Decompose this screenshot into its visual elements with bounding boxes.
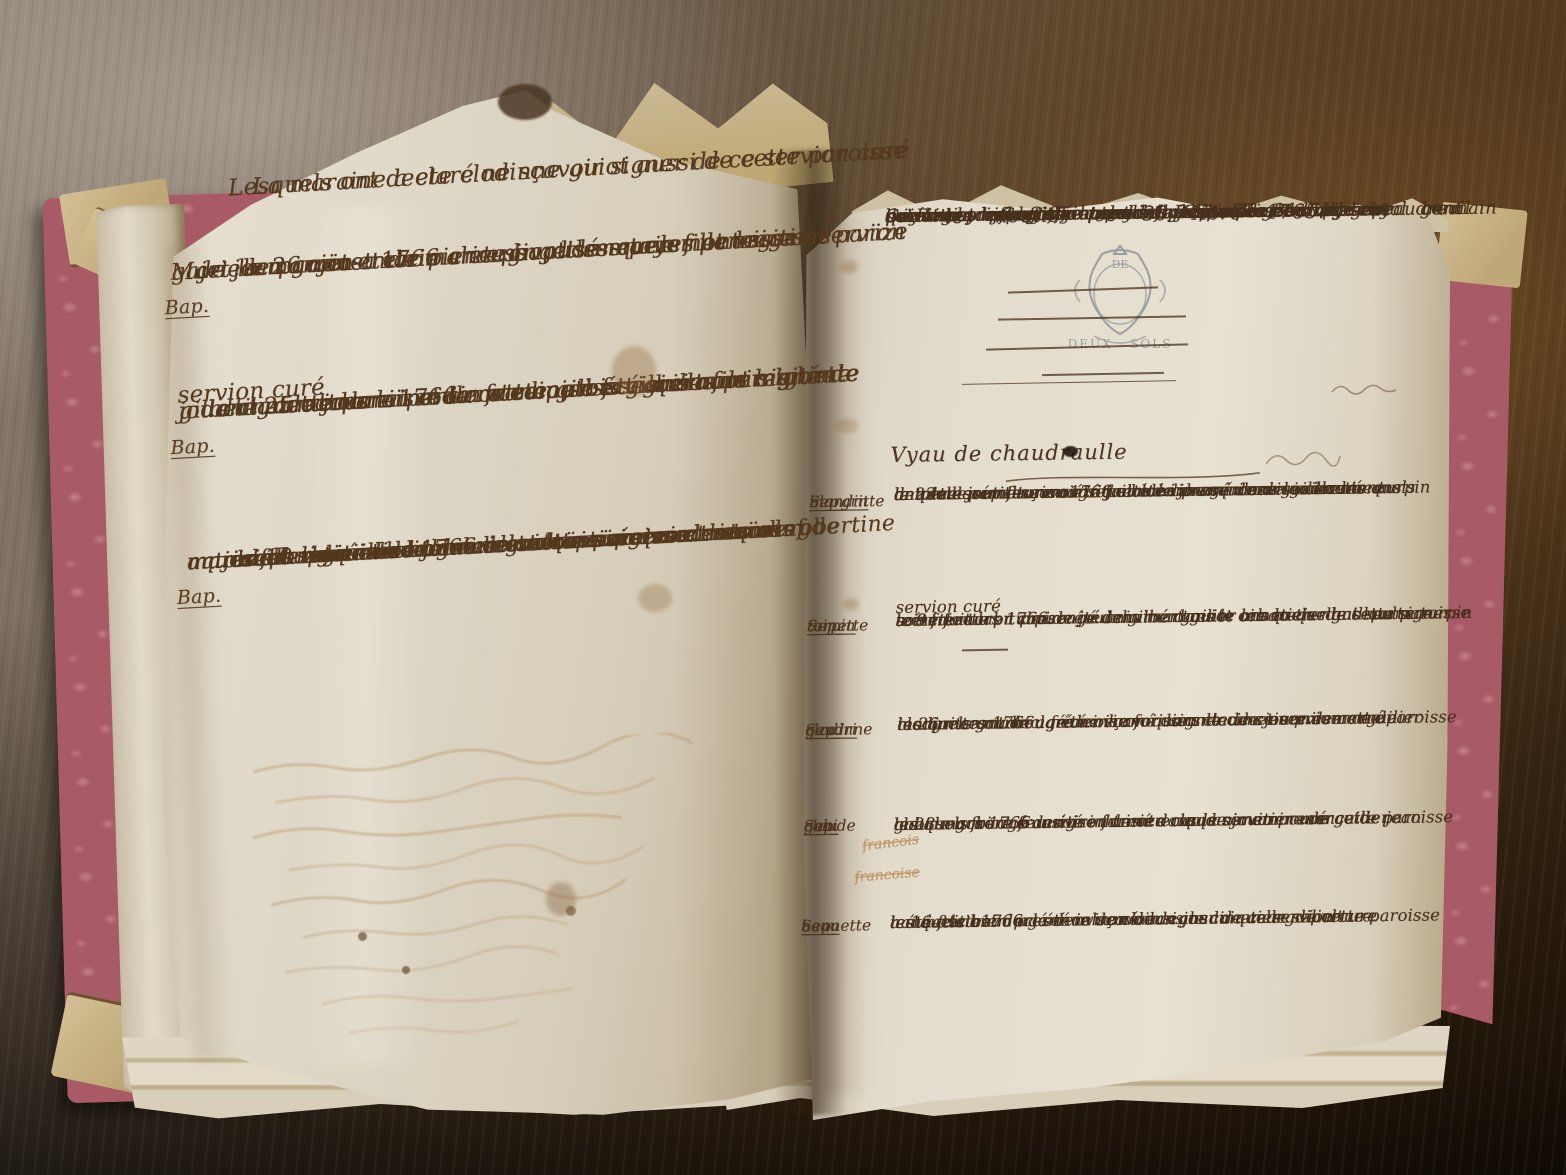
margin-name: gobi: [803, 814, 837, 839]
paper-stain: [612, 346, 656, 396]
margin-name: beau: [801, 914, 840, 940]
ink-spot: [566, 906, 576, 916]
margin-note-bap: Bap.: [170, 430, 216, 465]
margin-name: turpin: [807, 613, 856, 639]
margin-note-bap: Bap.: [164, 290, 210, 325]
ink-blot: [1063, 446, 1078, 457]
margin-name: blandin: [809, 489, 868, 515]
margin-note-bap: Bap.: [176, 580, 222, 615]
ink-spot: [358, 932, 367, 941]
ink-spot: [402, 966, 410, 974]
margin-name: gaudri: [805, 717, 857, 743]
register-photo: La maraine a ete clodinne guiot aussi de…: [0, 0, 1566, 1175]
handwriting-line: servion curé: [895, 591, 1007, 622]
paper-stain: [498, 84, 552, 120]
paper-stain: [638, 584, 672, 612]
paper-stain: [836, 418, 858, 434]
official-signature: Vyau de chaudraulle: [890, 440, 1127, 467]
paper-stain: [843, 598, 859, 610]
paper-stain: [840, 260, 858, 274]
right-page: [800, 190, 1450, 1120]
handwriting-line: les quels nont seu signer de ce enquis s…: [893, 804, 1327, 840]
